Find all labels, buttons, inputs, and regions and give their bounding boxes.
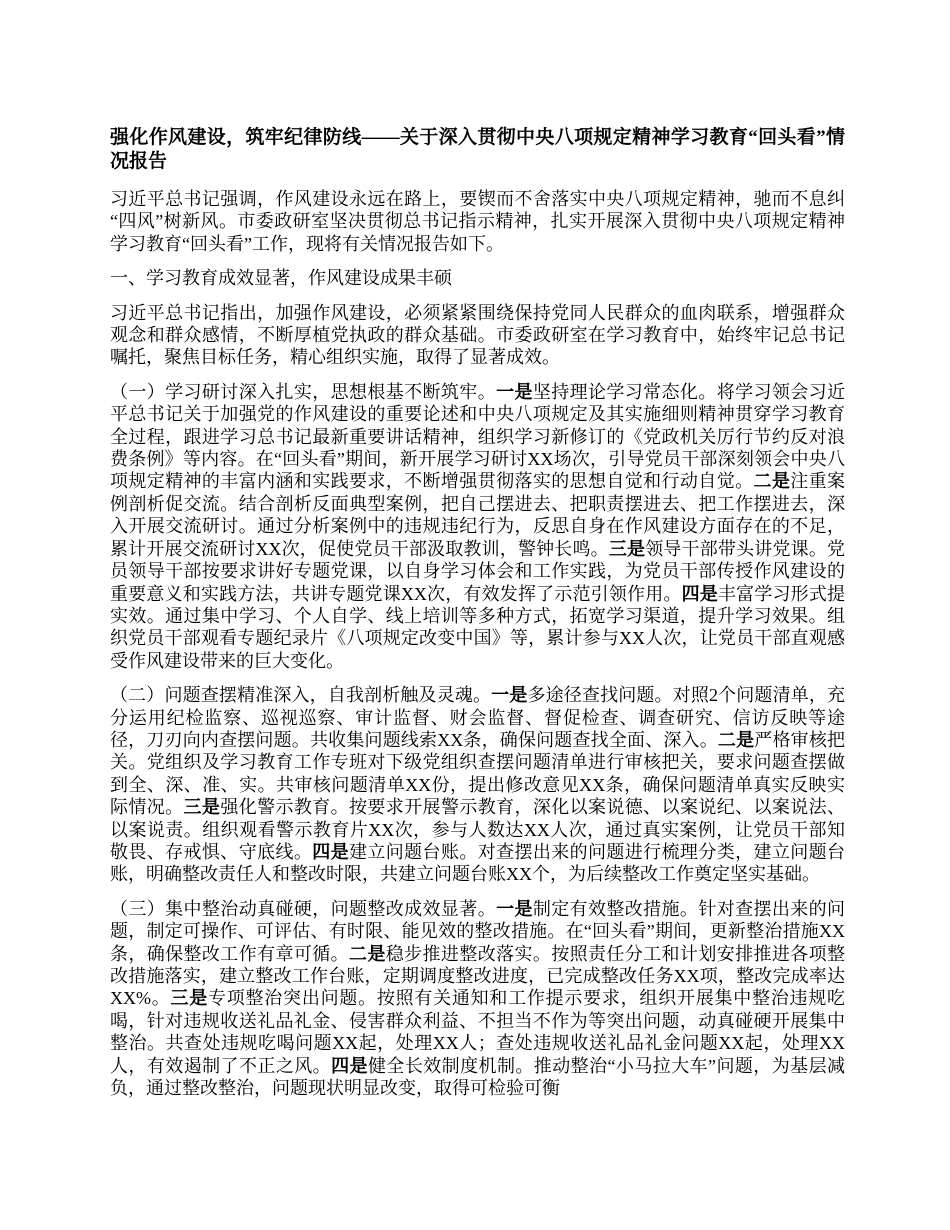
text-run: （一）学习研讨深入扎实，思想根基不断筑牢。 xyxy=(110,382,496,402)
paragraph: （一）学习研讨深入扎实，思想根基不断筑牢。一是坚持理论学习常态化。将学习领会习近… xyxy=(110,381,845,672)
emphasis-run: 二是 xyxy=(349,944,386,964)
paragraph: （三）集中整治动真碰硬，问题整改成效显著。一是制定有效整改措施。针对查摆出来的问… xyxy=(110,898,845,1100)
paragraph: （二）问题查摆精准深入，自我剖析触及灵魂。一是多途径查找问题。对照2个问题清单，… xyxy=(110,684,845,886)
text-run: （三）集中整治动真碰硬，问题整改成效显著。 xyxy=(110,899,496,919)
text-run: 习近平总书记强调，作风建设永远在路上，要锲而不舍落实中央八项规定精神，驰而不息纠… xyxy=(110,189,845,254)
document-body: 习近平总书记强调，作风建设永远在路上，要锲而不舍落实中央八项规定精神，驰而不息纠… xyxy=(110,188,845,1099)
emphasis-run: 一是 xyxy=(496,382,533,402)
emphasis-run: 一是 xyxy=(496,899,533,919)
emphasis-run: 一是 xyxy=(491,685,527,705)
emphasis-run: 三是 xyxy=(184,797,221,817)
emphasis-run: 二是 xyxy=(718,730,754,750)
emphasis-run: 四是 xyxy=(682,584,718,604)
text-run: （二）问题查摆精准深入，自我剖析触及灵魂。 xyxy=(110,685,491,705)
paragraph: 习近平总书记强调，作风建设永远在路上，要锲而不舍落实中央八项规定精神，驰而不息纠… xyxy=(110,188,845,255)
document-title: 强化作风建设，筑牢纪律防线——关于深入贯彻中央八项规定精神学习教育“回头看”情况… xyxy=(110,126,845,174)
emphasis-run: 四是 xyxy=(312,842,349,862)
emphasis-run: 二是 xyxy=(753,471,790,491)
emphasis-run: 三是 xyxy=(609,539,645,559)
document-page: 强化作风建设，筑牢纪律防线——关于深入贯彻中央八项规定精神学习教育“回头看”情况… xyxy=(0,0,950,1230)
paragraph: 习近平总书记指出，加强作风建设，必须紧紧围绕保持党同人民群众的血肉联系，增强群众… xyxy=(110,302,845,369)
emphasis-run: 三是 xyxy=(171,988,209,1008)
section-heading: 一、学习教育成效显著，作风建设成果丰硕 xyxy=(110,267,845,289)
emphasis-run: 四是 xyxy=(331,1056,368,1076)
text-run: 一、学习教育成效显著，作风建设成果丰硕 xyxy=(110,268,452,288)
text-run: 习近平总书记指出，加强作风建设，必须紧紧围绕保持党同人民群众的血肉联系，增强群众… xyxy=(110,303,845,368)
